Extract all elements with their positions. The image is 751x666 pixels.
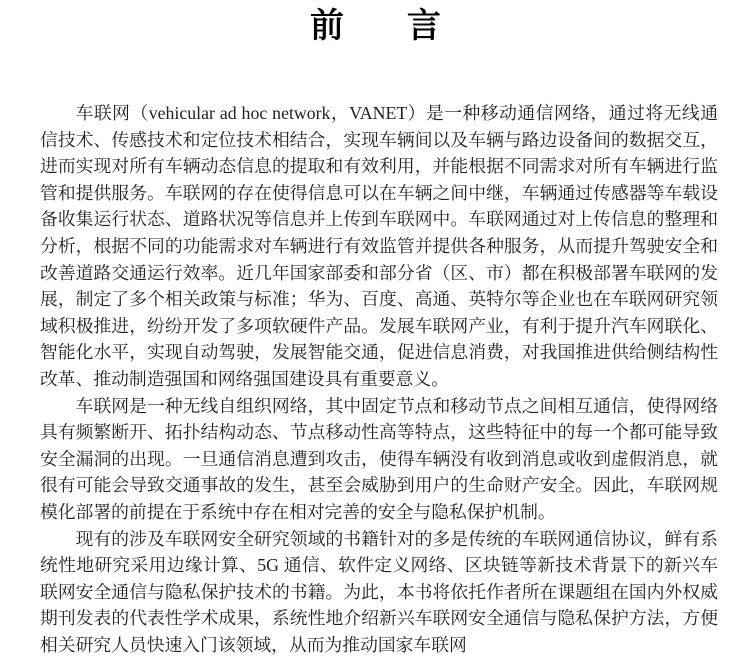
preface-paragraph-2: 车联网是一种无线自组织网络，其中固定节点和移动节点之间相互通信，使得网络具有频繁… xyxy=(40,393,718,526)
preface-body: 车联网（vehicular ad hoc network，VANET）是一种移动… xyxy=(40,100,718,658)
page-title: 前言 xyxy=(0,6,751,48)
preface-paragraph-1: 车联网（vehicular ad hoc network，VANET）是一种移动… xyxy=(40,100,718,393)
preface-page: 前言 车联网（vehicular ad hoc network，VANET）是一… xyxy=(0,0,751,666)
preface-paragraph-3: 现有的涉及车联网安全研究领域的书籍针对的多是传统的车联网通信协议，鲜有系统性地研… xyxy=(40,526,718,659)
